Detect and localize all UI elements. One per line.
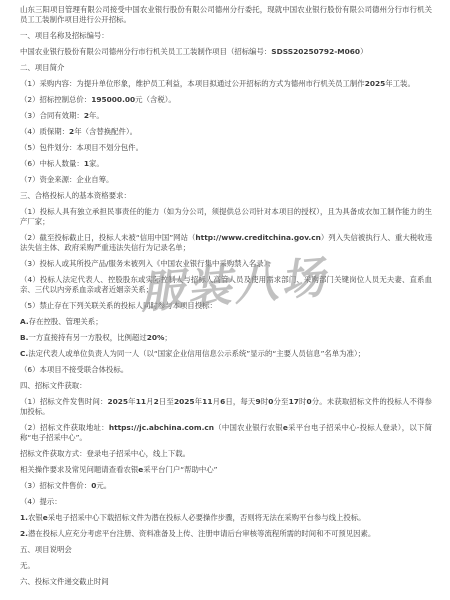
text-segment: 元。	[96, 481, 111, 490]
text-segment: 元（含税）。	[135, 95, 176, 104]
paragraph-19: B.一方直接持有另一方股权，比例超过20%；	[20, 333, 432, 343]
paragraph-7: （3）合同有效期：2年。	[20, 111, 432, 121]
text-segment: 日至	[159, 397, 174, 406]
text-segment-bold: C.	[20, 349, 28, 358]
paragraph-20: C.法定代表人或单位负责人为同一人（以“国家企业信用信息公示系统”显示的“主要人…	[20, 349, 432, 359]
text-segment: （1）招标文件发售时间：	[20, 397, 107, 406]
text-segment: （1）投标人具有独立承担民事责任的能力（如为分公司，须提供总公司针对本项目的授权…	[20, 207, 432, 226]
paragraph-24: （2）招标文件获取地址：https://jc.abchina.com.cn（中国…	[20, 423, 432, 443]
text-segment-bold: 2025	[365, 79, 386, 88]
paragraph-17: （5）禁止存在下列关联关系的投标人同时参与本项目投标：	[20, 301, 432, 311]
text-segment: 一、项目名称及招标编号：	[20, 31, 109, 40]
paragraph-16: （4）投标人法定代表人、控股股东或实际控制人与招标人高管人员及使用需求部门、采购…	[20, 275, 432, 295]
paragraph-6: （2）招标控制总价：195000.00元（含税）。	[20, 95, 432, 105]
document-page: 山东三阳项目管理有限公司接受中国农业银行股份有限公司德州分行委托，现就中国农业银…	[0, 0, 450, 600]
text-segment: （2）截至投标截止日，投标人未被“信用中国”网站（	[20, 233, 195, 242]
text-segment: 年。	[89, 111, 104, 120]
text-segment: （4）投标人法定代表人、控股股东或实际控制人与招标人高管人员及使用需求部门、采购…	[20, 275, 432, 294]
text-segment: 招标文件获取方式：登录电子招采中心，线上下载。	[20, 449, 190, 458]
paragraph-31: 五、项目说明会	[20, 545, 432, 555]
text-segment-bold: 20%	[147, 333, 165, 342]
paragraph-26: 相关操作要求及常见问题请查看农银e采平台门户“帮助中心”	[20, 465, 432, 475]
paragraph-25: 招标文件获取方式：登录电子招采中心，线上下载。	[20, 449, 432, 459]
paragraph-18: A.存在控股、管理关系；	[20, 317, 432, 327]
text-segment: 年	[128, 397, 136, 406]
paragraph-8: （4）质保期：2年（含替换配件）。	[20, 127, 432, 137]
paragraph-29: 1.农银e采电子招采中心下载招标文件为潜在投标人必要操作步骤，否则将无法在采购平…	[20, 513, 432, 523]
paragraph-9: （5）包件划分：本项目不划分包件。	[20, 143, 432, 153]
paragraph-27: （3）招标文件售价：0元。	[20, 481, 432, 491]
paragraph-5: （1）采购内容：为提升单位形象，维护员工利益，本项目拟通过公开招标的方式为德州市…	[20, 79, 432, 89]
text-segment: 年工装。	[385, 79, 415, 88]
paragraph-10: （6）中标人数量：1家。	[20, 159, 432, 169]
text-segment: 中国农业银行股份有限公司德州分行市行机关员工工装制作项目（招标编号：	[20, 47, 271, 56]
paragraph-11: （7）资金来源：企业自筹。	[20, 175, 432, 185]
paragraph-32: 无。	[20, 561, 432, 571]
text-segment: 法定代表人或单位负责人为同一人（以“国家企业信用信息公示系统”显示的“主要人员信…	[28, 349, 365, 358]
text-segment: （1）采购内容：为提升单位形象，维护员工利益，本项目拟通过公开招标的方式为德州市…	[20, 79, 365, 88]
text-segment-bold: SDSS20250792-M060	[271, 47, 360, 56]
text-segment: （2）招标文件获取地址：	[20, 423, 109, 432]
paragraph-3: 中国农业银行股份有限公司德州分行市行机关员工工装制作项目（招标编号：SDSS20…	[20, 47, 432, 57]
text-segment-bold: 11	[136, 397, 146, 406]
paragraph-1: 山东三阳项目管理有限公司接受中国农业银行股份有限公司德州分行委托，现就中国农业银…	[20, 5, 432, 25]
text-segment-bold: 17	[289, 397, 299, 406]
paragraph-4: 二、项目简介	[20, 63, 432, 73]
text-segment: 日，每天	[225, 397, 255, 406]
paragraph-12: 三、合格投标人的基本资格要求：	[20, 191, 432, 201]
paragraph-2: 一、项目名称及招标编号：	[20, 31, 432, 41]
document-body: 山东三阳项目管理有限公司接受中国农业银行股份有限公司德州分行委托，现就中国农业银…	[0, 0, 450, 587]
text-segment: 年（含替换配件）。	[74, 127, 137, 136]
text-segment-bold: 195000.00	[91, 95, 135, 104]
text-segment-bold: 2025	[174, 397, 195, 406]
paragraph-23: （1）招标文件发售时间：2025年11月2日至2025年11月6日，每天9时0分…	[20, 397, 432, 417]
text-segment: （3）招标文件售价：	[20, 481, 91, 490]
text-segment: 农银	[28, 513, 43, 522]
text-segment: 山东三阳项目管理有限公司接受中国农业银行股份有限公司德州分行委托，现就中国农业银…	[20, 5, 432, 24]
text-segment-bold: 2.	[20, 529, 28, 538]
text-segment-bold: 2025	[107, 397, 128, 406]
text-segment: ；	[164, 333, 171, 342]
text-segment: （6）中标人数量：	[20, 159, 84, 168]
text-segment: 月	[212, 397, 220, 406]
paragraph-15: （3）投标人或其所投产品/服务未被列入《中国农业银行集中采购禁入名录》；	[20, 259, 432, 269]
text-segment: 潜在投标人应充分考虑平台注册、资料准备及上传、注册申请后台审核等流程所需的时间和…	[28, 529, 375, 538]
text-segment: （7）资金来源：企业自筹。	[20, 175, 113, 184]
text-segment: （4）提示：	[20, 497, 62, 506]
text-segment: 六、投标文件递交截止时间	[20, 577, 109, 586]
text-segment: 三、合格投标人的基本资格要求：	[20, 191, 131, 200]
text-segment-bold: http://www.creditchina.gov.cn	[195, 233, 320, 242]
text-segment: 五、项目说明会	[20, 545, 72, 554]
text-segment: 月	[146, 397, 154, 406]
paragraph-33: 六、投标文件递交截止时间	[20, 577, 432, 587]
text-segment: 时	[299, 397, 307, 406]
text-segment: （3）投标人或其所投产品/服务未被列入《中国农业银行集中采购禁入名录》；	[20, 259, 275, 268]
paragraph-28: （4）提示：	[20, 497, 432, 507]
paragraph-22: 四、招标文件获取：	[20, 381, 432, 391]
text-segment: （4）质保期：	[20, 127, 69, 136]
text-segment: 家。	[89, 159, 104, 168]
paragraph-14: （2）截至投标截止日，投标人未被“信用中国”网站（http://www.cred…	[20, 233, 432, 253]
text-segment: 一方直接持有另一方股权，比例超过	[28, 333, 146, 342]
paragraph-21: （6）本项目不接受联合体投标。	[20, 365, 432, 375]
text-segment: （6）本项目不接受联合体投标。	[20, 365, 128, 374]
text-segment: （5）禁止存在下列关联关系的投标人同时参与本项目投标：	[20, 301, 217, 310]
text-segment: （5）包件划分：本项目不划分包件。	[20, 143, 143, 152]
paragraph-30: 2.潜在投标人应充分考虑平台注册、资料准备及上传、注册申请后台审核等流程所需的时…	[20, 529, 432, 539]
text-segment: 相关操作要求及常见问题请查看农银	[20, 465, 138, 474]
text-segment: 存在控股、管理关系；	[29, 317, 103, 326]
text-segment-bold: 11	[202, 397, 212, 406]
text-segment: （3）合同有效期：	[20, 111, 84, 120]
text-segment: ）	[360, 47, 367, 56]
text-segment: （2）招标控制总价：	[20, 95, 91, 104]
text-segment: 采平台门户“帮助中心”	[143, 465, 217, 474]
text-segment: 采电子招采中心下载招标文件为潜在投标人必要操作步骤，否则将无法在采购平台参与线上…	[48, 513, 366, 522]
text-segment-bold: 1.	[20, 513, 28, 522]
text-segment: 无。	[20, 561, 35, 570]
text-segment: 分至	[273, 397, 288, 406]
text-segment: （中国农业银行农银	[214, 423, 283, 432]
text-segment: 二、项目简介	[20, 63, 64, 72]
text-segment: 四、招标文件获取：	[20, 381, 87, 390]
paragraph-13: （1）投标人具有独立承担民事责任的能力（如为分公司，须提供总公司针对本项目的授权…	[20, 207, 432, 227]
text-segment-bold: A.	[20, 317, 29, 326]
text-segment-bold: https://jc.abchina.com.cn	[109, 423, 214, 432]
